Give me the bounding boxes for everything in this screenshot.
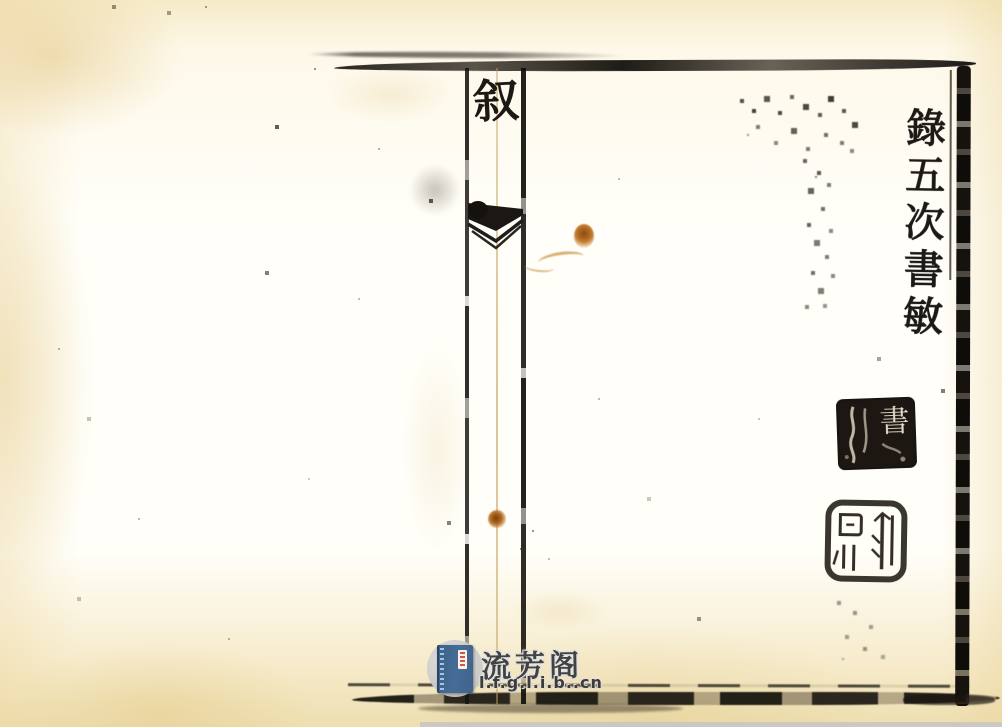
book-title-slip <box>458 650 467 669</box>
handwritten-title-column: 錄五次書敏 <box>889 97 953 350</box>
watermark-url: l.f.g.l.i.b..cn <box>479 673 609 692</box>
ghost-ink-trail <box>798 150 800 152</box>
ghost-ink-cluster-bottom <box>830 592 832 594</box>
fishtail-mark-icon <box>466 200 525 258</box>
seal-character: 書 <box>879 404 910 440</box>
top-border-smudge <box>306 51 626 59</box>
bottom-right-border-segment <box>903 695 995 705</box>
fold-column-right-line <box>521 68 526 704</box>
page-frame-top-border <box>334 59 976 72</box>
bottom-ink-smear <box>418 704 683 713</box>
ink-smudge <box>406 163 464 217</box>
fold-column-stain <box>488 510 506 528</box>
fold-crease-line <box>496 68 498 704</box>
scan-edge-strip <box>420 722 1002 727</box>
page-frame-right-border <box>955 66 971 706</box>
chapter-label: 叙 <box>468 77 524 126</box>
outlined-square-seal <box>823 498 908 583</box>
center-fold-column: 叙 <box>465 68 526 704</box>
fold-column-left-line <box>465 68 469 704</box>
book-icon <box>437 645 473 693</box>
scanned-book-page: 叙 錄五次書敏 書 <box>0 0 1002 727</box>
ghost-ink-cluster-top <box>733 86 735 88</box>
paper-specks <box>0 0 2 2</box>
foxing-spot <box>574 224 594 248</box>
dark-square-seal: 書 <box>835 395 920 474</box>
